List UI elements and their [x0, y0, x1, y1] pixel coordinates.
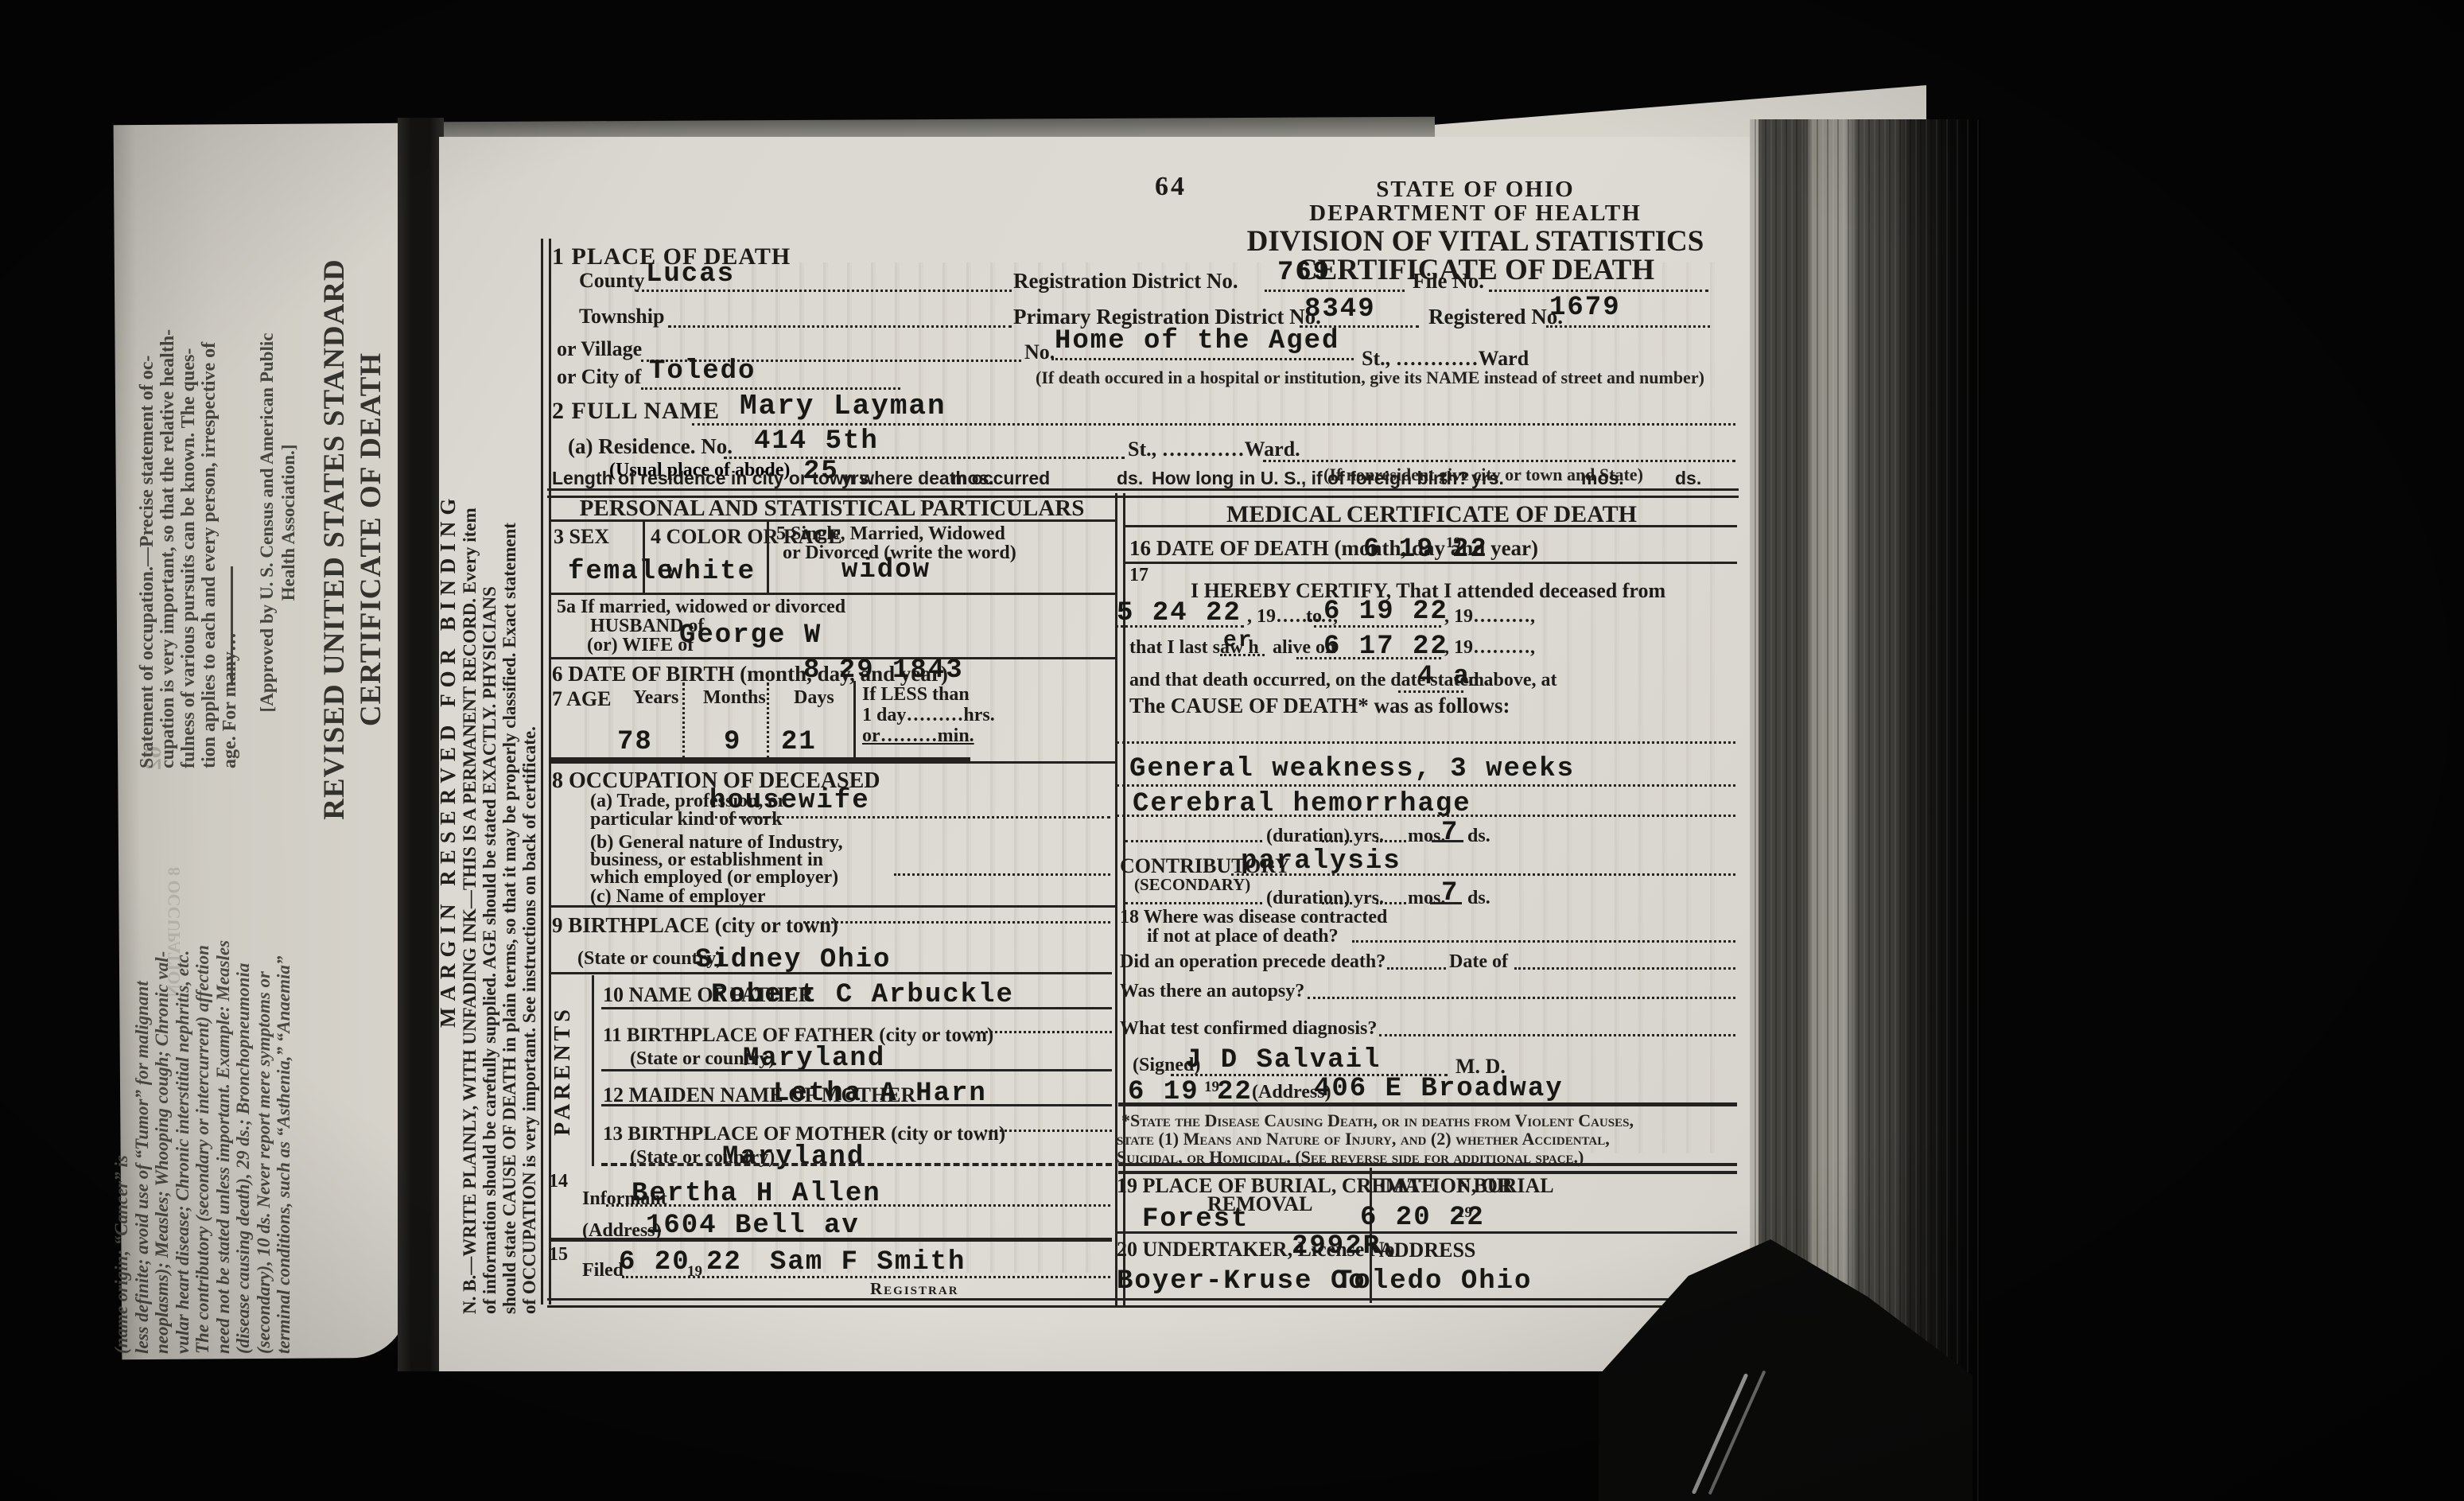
dotted-line — [1352, 940, 1735, 943]
informant-number: 14 — [549, 1171, 568, 1192]
rule — [549, 593, 1115, 595]
short-underline — [1430, 902, 1462, 904]
duration-label-1: (duration) — [1266, 826, 1350, 847]
header-state: STATE OF OHIO — [1316, 177, 1634, 203]
item-17-number: 17 — [1129, 565, 1148, 586]
ghost-occupation-text: 8 OCCUPATION — [164, 867, 185, 1074]
dotted-line — [970, 1031, 1112, 1033]
filed-label: Filed — [582, 1260, 624, 1281]
dotted-line — [1308, 997, 1735, 999]
dotted-line — [606, 1204, 1110, 1207]
dotted-line — [985, 1130, 1112, 1132]
duration-ds-value-1: 7 — [1441, 818, 1459, 848]
foreign-yrs-label: yrs. — [1471, 468, 1504, 489]
signed-address-value: 406 E Broadway — [1314, 1074, 1564, 1104]
residence-st-ward-label: St., …………Ward. — [1128, 437, 1300, 461]
hospital-note: (If death occured in a hospital or insti… — [1036, 367, 1704, 388]
dotted-line — [705, 816, 1110, 819]
registrar-label: Registrar — [870, 1279, 959, 1299]
instruction-line: less definite; avoid use of “Tumor” for … — [132, 733, 153, 1354]
age-label: 7 AGE — [552, 687, 611, 711]
street-no-label: No. — [1024, 340, 1055, 364]
date-of-label: Date of — [1449, 951, 1508, 973]
residence-value: 414 5th — [754, 426, 879, 457]
dotted-line — [636, 290, 1012, 292]
dotted-line — [1322, 840, 1352, 842]
age-months-header: Months — [703, 687, 766, 709]
mos-label: mos. — [951, 468, 994, 489]
statement-line: cupation is very important, so that the … — [157, 323, 178, 768]
duration-mos-1: mos. — [1408, 826, 1445, 847]
dotted-line — [622, 1276, 1110, 1278]
dotted-line — [894, 873, 1110, 876]
filed-number: 15 — [549, 1244, 568, 1266]
medical-header: MEDICAL CERTIFICATE OF DEATH — [1125, 501, 1738, 528]
cause-of-death-label: The CAUSE OF DEATH* was as follows: — [1129, 694, 1510, 718]
burial-date-19: 19 — [1457, 1204, 1472, 1222]
occupation-value: housewife — [709, 786, 870, 816]
dotted-line — [1125, 840, 1262, 842]
dotted-line — [1220, 654, 1265, 656]
undertaker-city-value: Toledo Ohio — [1336, 1266, 1532, 1297]
duration-yrs-2: yrs. — [1354, 888, 1384, 909]
registered-no-value: 1679 — [1549, 293, 1621, 323]
left-page-statement: Statement of occupation.—Precise stateme… — [137, 323, 240, 768]
dotted-line — [1263, 460, 1735, 462]
heavy-rule — [1118, 1102, 1737, 1106]
color-race-value: white — [667, 557, 756, 587]
signed-date-19: 19 — [1204, 1079, 1219, 1096]
dotted-line — [692, 423, 1735, 426]
left-page-title: REVISED UNITED STATES STANDARD CERTIFICA… — [317, 213, 393, 865]
attended-from-date: 5 24 22 — [1117, 598, 1242, 628]
dob-value: 8 29 1843 — [803, 655, 964, 686]
nb-line: should state CAUSE OF DEATH in plain ter… — [499, 200, 519, 1314]
full-name-label: 2 FULL NAME — [552, 398, 720, 425]
operation-question: Did an operation precede death? — [1120, 951, 1386, 973]
header-department: DEPARTMENT OF HEALTH — [1296, 200, 1654, 227]
nb-line: N. B.—WRITE PLAINLY, WITH UNFADING INK—T… — [460, 200, 480, 1314]
rule — [549, 905, 1115, 908]
instruction-line: (name origin; “Cancer” is — [111, 733, 132, 1354]
autopsy-question: Was there an autopsy? — [1120, 981, 1304, 1002]
registration-district-value: 769 — [1277, 258, 1331, 288]
rule — [601, 1104, 1112, 1106]
date-of-death-19: 19 — [1446, 535, 1461, 552]
institution-value: Home of the Aged — [1055, 326, 1339, 356]
dotted-line — [1376, 840, 1406, 842]
county-label: County — [579, 269, 644, 293]
dotted-line — [1376, 902, 1406, 904]
birthplace-value: Sidney Ohio — [695, 945, 891, 975]
date-of-death-value: 6 19 22 — [1363, 535, 1488, 565]
spouse-value: George W — [679, 620, 822, 651]
rule — [601, 1007, 1112, 1009]
less-than-label-1: If LESS than — [862, 684, 970, 706]
cell-divider — [767, 519, 769, 593]
dotted-line — [1489, 290, 1708, 292]
less-than-label-3: or………min. — [862, 725, 974, 747]
dotted-line — [803, 921, 1110, 924]
dotted-rule — [1117, 741, 1735, 744]
city-value: Toledo — [649, 356, 756, 387]
primary-registration-value: 8349 — [1304, 294, 1376, 325]
undertaker-address-label: ADDRESS — [1379, 1239, 1475, 1262]
instruction-line: (secondary), 10 ds. Never report mere sy… — [254, 733, 274, 1354]
statement-line: tion applies to each and every person, i… — [199, 323, 220, 768]
death-time-value: 4 a — [1417, 662, 1471, 692]
dotted-line — [668, 325, 1012, 328]
undertaker-value: Boyer-Kruse Co — [1117, 1266, 1366, 1297]
q18-line1: 18 Where was disease contracted — [1120, 907, 1387, 928]
age-months-value: 9 — [724, 727, 741, 757]
margin-binding-label: MARGIN RESERVED FOR BINDING — [436, 399, 463, 1028]
burial-place-value: Forest — [1142, 1204, 1249, 1235]
dotted-line — [1051, 358, 1354, 360]
sex-label: 3 SEX — [554, 525, 609, 549]
parents-label: PARENTS — [550, 977, 577, 1165]
cell-divider — [853, 681, 856, 759]
margin-nb-note: N. B.—WRITE PLAINLY, WITH UNFADING INK—T… — [460, 200, 539, 1314]
mother-birthplace-value: Maryland — [722, 1142, 865, 1172]
duration-ds-1: ds. — [1467, 826, 1490, 847]
file-no-label: File No. — [1413, 269, 1484, 294]
marital-label-1: 5 Single, Married, Widowed — [776, 523, 1005, 545]
village-label: or Village — [557, 337, 642, 361]
married-label-1: 5a If married, widowed or divorced — [557, 597, 845, 618]
age-years-value: 78 — [617, 727, 653, 757]
birthplace-label: 9 BIRTHPLACE (city or town) — [552, 913, 838, 938]
heavy-rule — [549, 1238, 1112, 1242]
statement-line: fulness of various pursuits can be known… — [178, 323, 199, 768]
contributory-value: paralysis — [1241, 846, 1401, 877]
rule — [601, 1069, 1112, 1071]
left-page-title-line1: REVISED UNITED STATES STANDARD — [317, 213, 353, 865]
m-label: m. — [1468, 670, 1489, 691]
instruction-line: The contributory (secondary or intercurr… — [192, 733, 213, 1354]
short-underline — [1432, 840, 1463, 842]
age-days-value: 21 — [781, 727, 817, 757]
bottom-double-rule — [547, 1298, 1739, 1308]
comma-19-b: , 19………, — [1444, 606, 1535, 628]
cause-line-1: General weakness, 3 weeks — [1129, 754, 1575, 784]
registration-district-label: Registration District No. — [1013, 269, 1238, 294]
residence-label: (a) Residence. No. — [568, 434, 733, 459]
county-value: Lucas — [646, 259, 735, 290]
ds-label: ds. — [1117, 468, 1143, 489]
dotted-line — [724, 457, 1125, 459]
married-label-3: (or) WIFE of — [587, 635, 694, 656]
yrs-label: yrs. — [841, 468, 874, 489]
city-label: or City of — [557, 365, 641, 389]
dotted-rule — [1117, 784, 1735, 787]
duration-yrs-1: yrs. — [1354, 826, 1384, 847]
registrar-signature: Sam F Smith — [770, 1247, 966, 1277]
nb-line: of OCCUPATION is very important. See ins… — [519, 200, 539, 1314]
father-value: Robert C Arbuckle — [711, 980, 1014, 1010]
cell-divider — [643, 519, 645, 593]
attended-to-date: 6 19 22 — [1323, 597, 1448, 627]
duration-mos-2: mos. — [1408, 888, 1445, 909]
duration-label-2: (duration) — [1266, 888, 1350, 909]
dotted-line — [1296, 657, 1441, 659]
secondary-label: (SECONDARY) — [1134, 875, 1250, 895]
foreign-ds-label: ds. — [1675, 468, 1701, 489]
comma-19-c: , 19………, — [1444, 637, 1535, 659]
personal-header: PERSONAL AND STATISTICAL PARTICULARS — [549, 496, 1115, 522]
dotted-line — [1322, 902, 1352, 904]
rule — [1117, 1231, 1737, 1234]
marital-value: widow — [841, 555, 931, 585]
sex-value: female — [568, 557, 674, 587]
filed-year: 22 — [706, 1247, 742, 1277]
signed-value: J D Salvail — [1185, 1045, 1381, 1075]
length-years-value: 25 — [803, 457, 839, 487]
dotted-line — [1231, 873, 1735, 876]
q18-line2: if not at place of death? — [1147, 926, 1339, 947]
burial-date-label: DATE OF BURIAL — [1379, 1174, 1554, 1198]
burial-double-rule — [1118, 1163, 1737, 1174]
informant-address-value: 1604 Bell av — [646, 1211, 860, 1241]
test-question: What test confirmed diagnosis? — [1120, 1018, 1377, 1040]
occupation-c-label: (c) Name of employer — [590, 886, 766, 908]
age-days-header: Days — [794, 687, 834, 709]
township-label: Township — [579, 305, 664, 329]
occupation-b-label-3: which employed (or employer) — [590, 867, 838, 889]
parents-bracket-rule — [592, 975, 594, 1166]
dotted-line — [1387, 967, 1446, 970]
rule — [549, 972, 1112, 974]
dotted-line — [1314, 625, 1441, 628]
dotted-line — [1379, 1034, 1735, 1036]
dotted-line — [1115, 625, 1244, 628]
dotted-line — [1398, 690, 1463, 693]
full-name-value: Mary Layman — [740, 390, 946, 422]
dotted-rule — [1117, 815, 1735, 817]
left-page-title-line2: CERTIFICATE OF DEATH — [353, 213, 390, 865]
instruction-line: need not be stated unless important. Exa… — [213, 733, 234, 1354]
filed-month-day: 6 20 — [619, 1247, 690, 1277]
age-years-header: Years — [633, 687, 678, 709]
dotted-line — [1514, 967, 1735, 970]
sheet-number: 64 — [1155, 172, 1187, 202]
instruction-line: terminal conditions, such as “Asthenia,”… — [274, 733, 294, 1354]
left-page-approved: [Approved by U. S. Census and American P… — [256, 248, 299, 797]
last-saw-er: er — [1223, 628, 1253, 653]
dotted-line — [1546, 325, 1710, 328]
dotted-line — [1265, 290, 1405, 292]
foreign-mos-label: mos. — [1581, 468, 1624, 489]
statement-line: Statement of occupation.—Precise stateme… — [137, 323, 157, 768]
left-page-instructions: (name origin; “Cancer” is less definite;… — [111, 733, 296, 1354]
microfilm-photo: REVISED UNITED STATES STANDARD CERTIFICA… — [0, 0, 2464, 1501]
statement-line: age. For many… — [220, 323, 240, 768]
dotted-divider — [767, 682, 769, 759]
to-label: to — [1306, 606, 1322, 628]
rule — [549, 519, 1115, 522]
less-than-label-2: 1 day………hrs. — [862, 705, 995, 726]
nb-line: of information should be carefully suppl… — [480, 200, 499, 1314]
undertaker-license-value: 2992R — [1292, 1231, 1381, 1262]
dotted-line — [1125, 902, 1262, 904]
rule — [1123, 525, 1737, 527]
approved-line1: [Approved by U. S. Census and American P… — [256, 248, 278, 797]
death-occurred-label: and that death occurred, on the date sta… — [1129, 670, 1557, 691]
approved-line2: Health Association.] — [278, 248, 299, 797]
instruction-line: (disease causing death), 29 ds.; Broncho… — [233, 733, 254, 1354]
foreign-birth-label: How long in U. S., if of foreign birth? — [1152, 468, 1469, 489]
rule — [549, 761, 1115, 764]
dotted-divider — [682, 682, 685, 759]
rule — [1123, 562, 1737, 564]
ghost-page-number: 62 — [140, 746, 169, 818]
registered-no-label: Registered No. — [1428, 305, 1563, 329]
duration-ds-2: ds. — [1467, 888, 1490, 909]
dashed-rule — [601, 1163, 1112, 1166]
